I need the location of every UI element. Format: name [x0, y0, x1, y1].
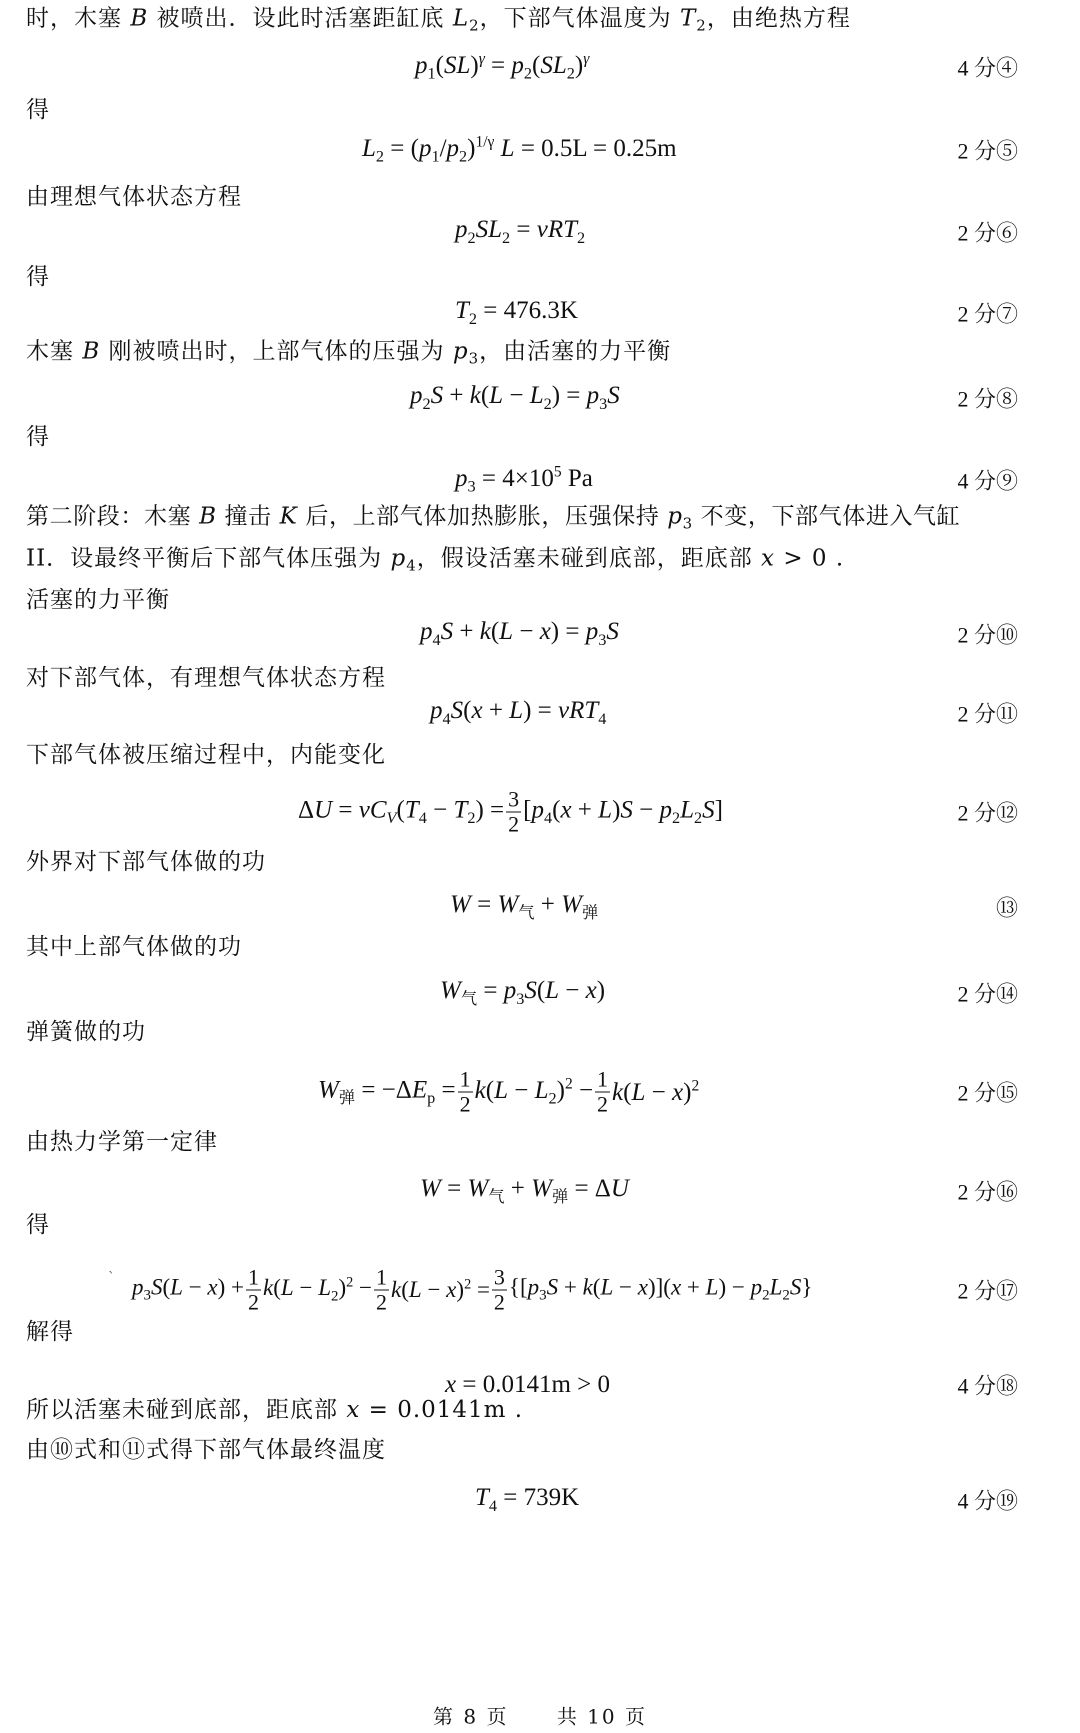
text-line: 得	[26, 422, 50, 452]
equation-8: p2S + k(L − L2) = p3S	[410, 382, 620, 414]
equation-17: p3S(L − x) + 12 k(L − L2)2 − 12 k(L − x)…	[132, 1267, 812, 1314]
scan-artifact-mark: `	[108, 1270, 115, 1286]
equation-15: W弹 = −ΔEp = 12 k(L − L2)2 − 12 k(L − x)2	[318, 1069, 699, 1116]
score-15: 2 分⑮	[957, 1077, 1018, 1108]
score-5: 2 分⑤	[957, 135, 1018, 166]
text-line: 得	[26, 95, 50, 125]
text-line-assumption: II．设最终平衡后下部气体压强为 p4，假设活塞未碰到底部，距底部 x > 0 …	[26, 543, 844, 580]
score-17: 2 分⑰	[957, 1275, 1018, 1306]
page-footer: 第 8 页 共 10 页	[0, 1701, 1080, 1730]
text-line: 外界对下部气体做的功	[26, 847, 266, 877]
x-value: 0.0141m	[397, 1397, 506, 1423]
text-line: 由理想气体状态方程	[26, 182, 242, 212]
score-16: 2 分⑯	[957, 1176, 1018, 1207]
equation-4: p1(SL)γ = p2(SL2)γ	[415, 51, 589, 84]
score-18: 4 分⑱	[957, 1370, 1018, 1401]
score-10: 2 分⑩	[957, 619, 1018, 650]
text-line: 解得	[26, 1317, 74, 1347]
equation-16: W = W气 + W弹 = ΔU	[420, 1175, 629, 1207]
text-line-conclusion: 所以活塞未碰到底部，距底部 x = 0.0141m .	[26, 1395, 523, 1425]
text-line: 得	[26, 1210, 50, 1240]
text-line: 下部气体被压缩过程中，内能变化	[26, 740, 386, 770]
page-total: 共 10 页	[557, 1705, 647, 1729]
score-14: 2 分⑭	[957, 978, 1018, 1009]
equation-11: p4S(x + L) = νRT4	[430, 697, 606, 729]
text-line: 弹簧做的功	[26, 1017, 146, 1047]
text-line: 由热力学第一定律	[26, 1127, 218, 1157]
score-13: ⑬	[996, 892, 1018, 923]
text-line: 活塞的力平衡	[26, 585, 170, 615]
text-line: 对下部气体，有理想气体状态方程	[26, 663, 386, 693]
score-11: 2 分⑪	[957, 698, 1018, 729]
score-8: 2 分⑧	[957, 383, 1018, 414]
text-line: 由⑩式和⑪式得下部气体最终温度	[26, 1435, 386, 1465]
equation-14: W气 = p3S(L − x)	[440, 977, 605, 1009]
page-number: 第 8 页	[433, 1705, 508, 1729]
score-6: 2 分⑥	[957, 217, 1018, 248]
equation-7: T2 = 476.3K	[455, 297, 578, 329]
text-line: 得	[26, 262, 50, 292]
equation-10: p4S + k(L − x) = p3S	[420, 618, 619, 650]
text-line-intro: 时，木塞 B 被喷出．设此时活塞距缸底 L2，下部气体温度为 T2，由绝热方程	[26, 3, 851, 40]
text-line: 其中上部气体做的功	[26, 932, 242, 962]
score-7: 2 分⑦	[957, 298, 1018, 329]
equation-18: x = 0.0141m > 0	[445, 1371, 610, 1399]
text-line-p3-balance: 木塞 B 刚被喷出时，上部气体的压强为 p3，由活塞的力平衡	[26, 336, 671, 373]
score-12: 2 分⑫	[957, 797, 1018, 828]
equation-12: ΔU = νCV(T4 − T2) = 32 [p4(x + L)S − p2L…	[298, 789, 723, 836]
equation-13: W = W气 + W弹	[450, 891, 598, 923]
equation-6: p2SL2 = νRT2	[455, 216, 585, 248]
text-line-stage-two: 第二阶段：木塞 B 撞击 K 后，上部气体加热膨胀，压强保持 p3 不变，下部气…	[26, 501, 960, 538]
equation-19: T4 = 739K	[475, 1484, 579, 1516]
score-19: 4 分⑲	[957, 1485, 1018, 1516]
equation-9: p3 = 4×105 Pa	[455, 464, 593, 497]
score-4: 4 分④	[957, 52, 1018, 83]
score-9: 4 分⑨	[957, 465, 1018, 496]
equation-5: L2 = (p1/p2)1/γ L = 0.5L = 0.25m	[362, 134, 677, 167]
